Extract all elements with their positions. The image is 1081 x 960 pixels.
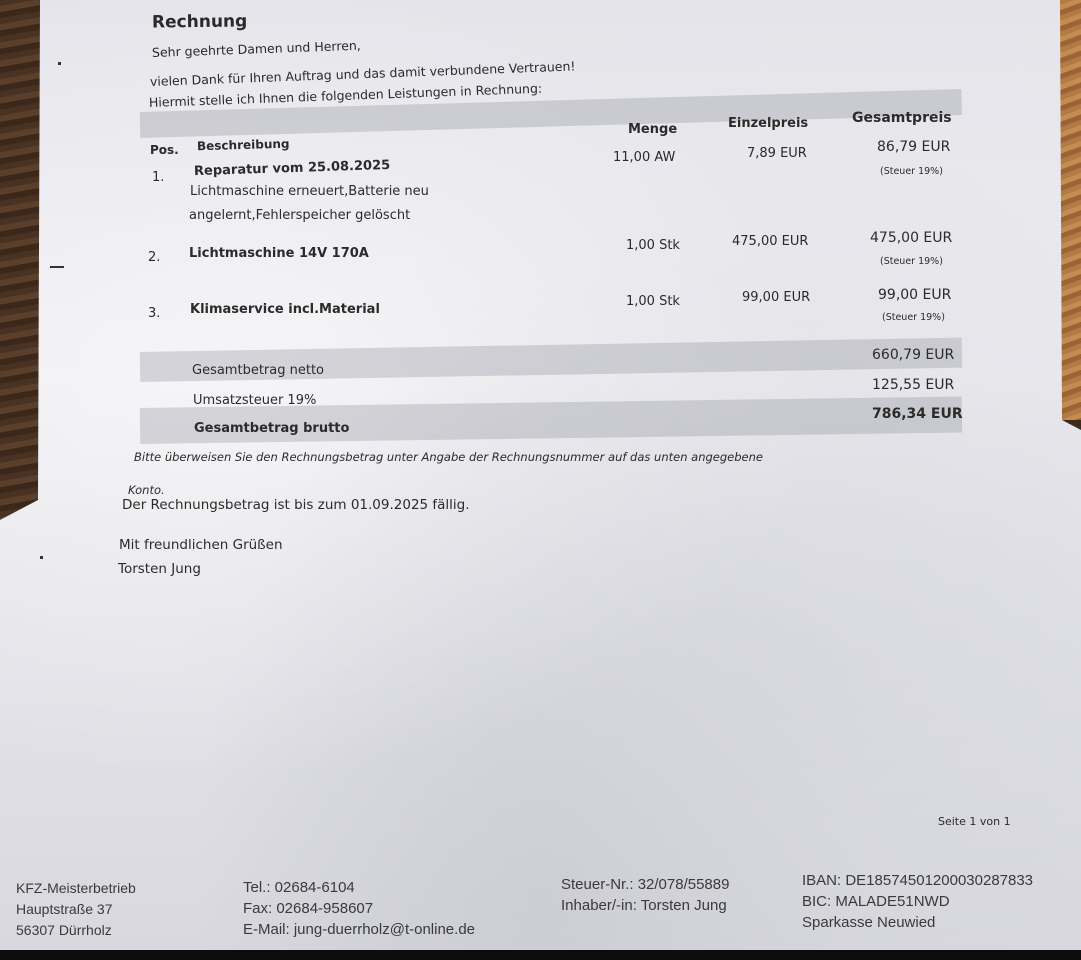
row-pos: 3. [148,306,160,321]
row-title: Reparatur vom 25.08.2025 [194,158,391,179]
page-number: Seite 1 von 1 [938,815,1011,828]
row-quantity: 11,00 AW [613,150,675,165]
row-tax-note: (Steuer 19%) [880,256,943,267]
footer-tax-line: Inhaber/-in: Torsten Jung [561,895,729,916]
closing-salutation: Mit freundlichen Grüßen [119,537,283,553]
row-unit-price: 475,00 EUR [732,234,808,249]
footer-contact-line: Tel.: 02684-6104 [243,877,475,898]
footer-contact-line: Fax: 02684-958607 [243,898,475,919]
punch-mark [40,556,43,559]
row-unit-price: 99,00 EUR [742,290,810,305]
row-total-price: 99,00 EUR [878,287,951,303]
invoice-title: Rechnung [152,12,247,33]
row-pos: 2. [148,250,160,265]
net-value: 660,79 EUR [872,347,954,363]
footer-bank-line: BIC: MALADE51NWD [802,891,1033,912]
payment-note-line-2: Konto. [128,483,165,497]
invoice-document: Rechnung Sehr geehrte Damen und Herren, … [0,0,1081,950]
gross-label: Gesamtbetrag brutto [194,421,349,436]
footer-company-line: KFZ-Meisterbetrieb [16,878,136,899]
footer-company: KFZ-Meisterbetrieb Hauptstraße 37 56307 … [16,878,136,941]
vat-label: Umsatzsteuer 19% [193,393,316,408]
row-unit-price: 7,89 EUR [747,146,807,161]
greeting: Sehr geehrte Damen und Herren, [152,38,361,60]
footer-tax-line: Steuer-Nr.: 32/078/55889 [561,874,729,895]
footer-tax: Steuer-Nr.: 32/078/55889 Inhaber/-in: To… [561,874,729,916]
row-title: Lichtmaschine 14V 170A [189,246,369,261]
row-quantity: 1,00 Stk [626,294,680,309]
header-total-price: Gesamtpreis [852,110,952,126]
due-date-text: Der Rechnungsbetrag ist bis zum 01.09.20… [122,497,470,513]
row-pos: 1. [152,170,164,185]
punch-mark [58,62,61,65]
footer-company-line: Hauptstraße 37 [16,899,136,920]
header-description: Beschreibung [197,137,290,154]
footer-contact: Tel.: 02684-6104 Fax: 02684-958607 E-Mai… [243,877,475,940]
header-quantity: Menge [628,122,677,137]
row-title: Klimaservice incl.Material [190,302,380,317]
payment-note-line-1: Bitte überweisen Sie den Rechnungsbetrag… [134,450,763,464]
header-unit-price: Einzelpreis [728,116,808,131]
fold-mark [50,266,64,268]
row-total-price: 86,79 EUR [877,139,950,155]
vat-value: 125,55 EUR [872,377,954,393]
net-label: Gesamtbetrag netto [192,363,324,378]
footer-contact-line: E-Mail: jung-duerrholz@t-online.de [243,919,475,940]
row-tax-note: (Steuer 19%) [880,166,943,177]
footer-bank: IBAN: DE18574501200030287833 BIC: MALADE… [802,870,1033,933]
gross-value: 786,34 EUR [872,406,963,422]
row-total-price: 475,00 EUR [870,230,952,246]
footer-company-line: 56307 Dürrholz [16,920,136,941]
bottom-edge [0,950,1081,960]
footer-bank-line: IBAN: DE18574501200030287833 [802,870,1033,891]
footer-bank-line: Sparkasse Neuwied [802,912,1033,933]
row-quantity: 1,00 Stk [626,238,680,253]
row-detail-1: Lichtmaschine erneuert,Batterie neu [190,184,429,199]
row-tax-note: (Steuer 19%) [882,312,945,323]
header-pos: Pos. [150,143,179,157]
signer-name: Torsten Jung [118,561,201,577]
row-detail-2: angelernt,Fehlerspeicher gelöscht [189,208,410,223]
